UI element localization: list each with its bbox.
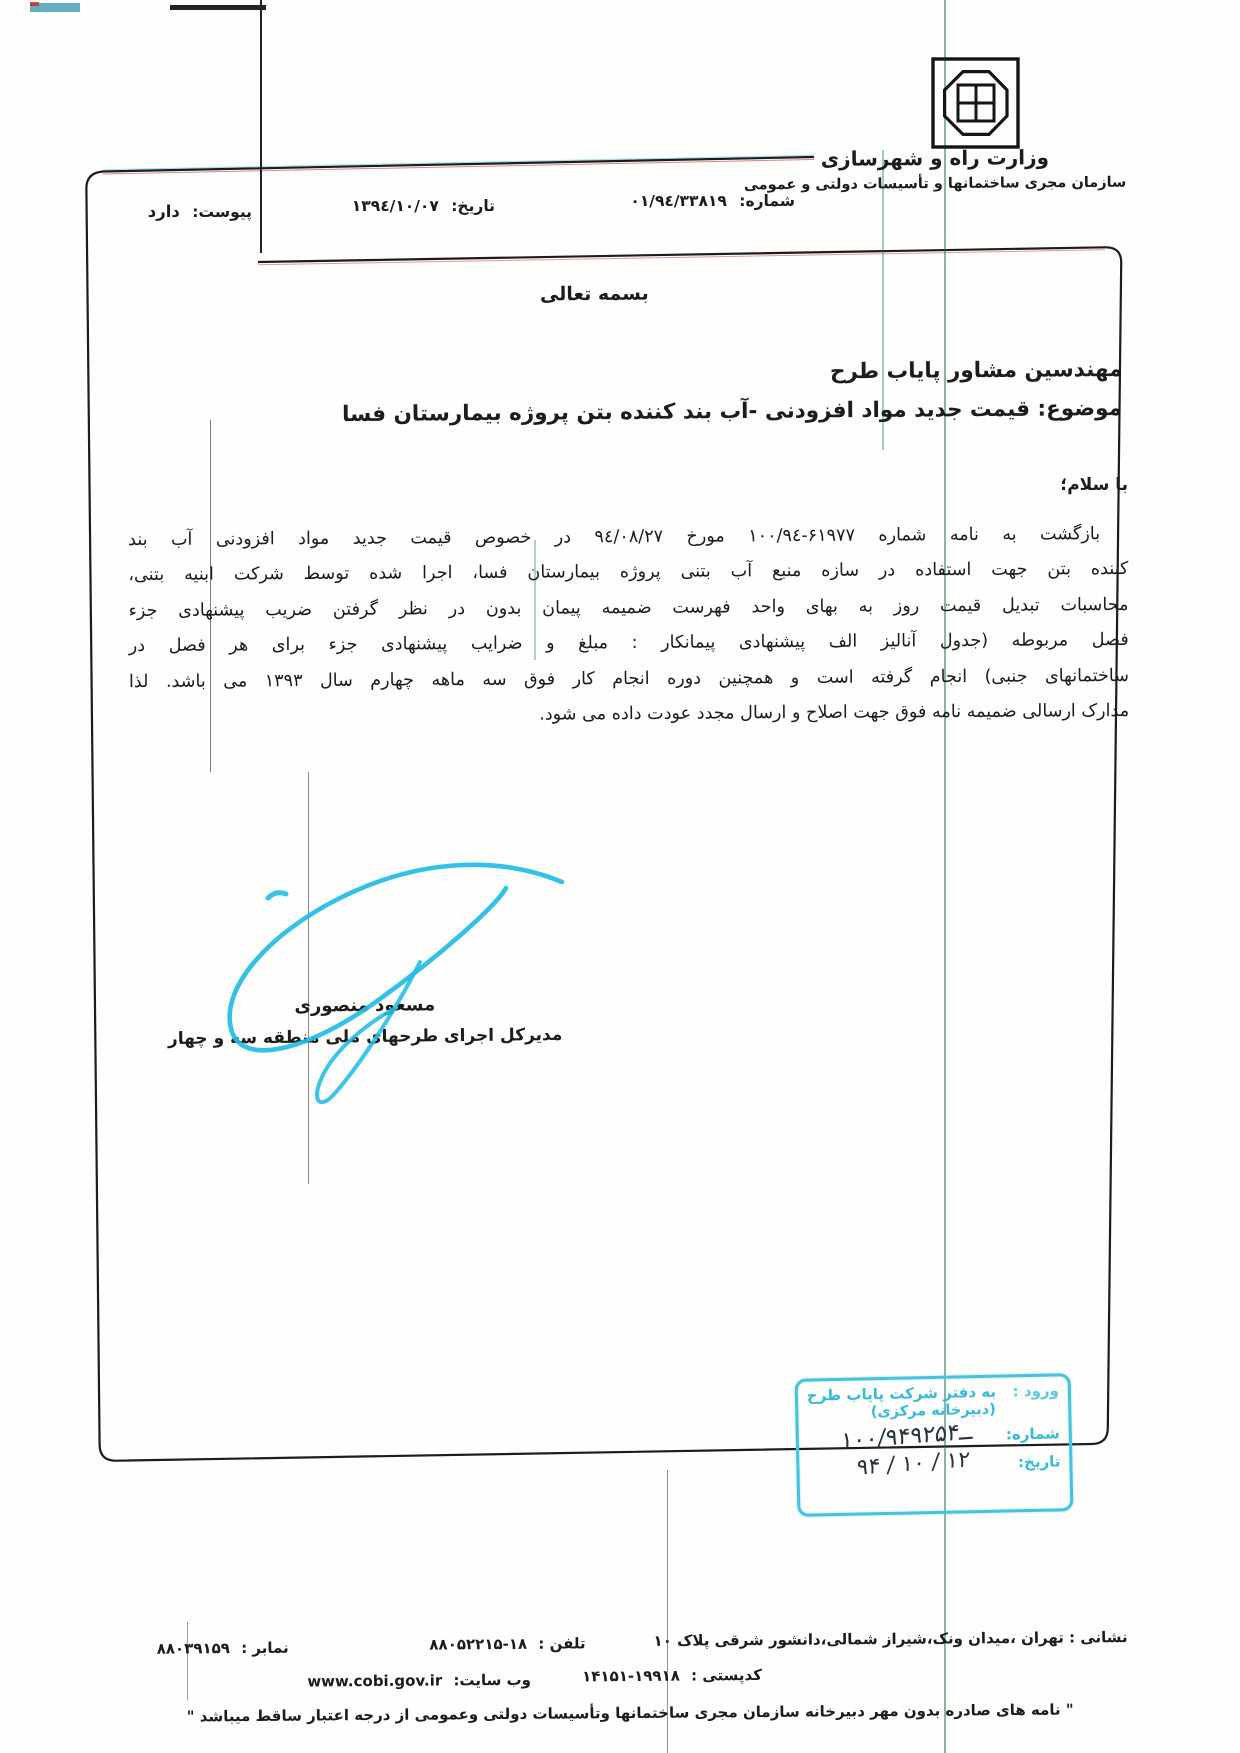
footer-website: وب سایت: www.cobi.gov.ir — [307, 1671, 531, 1691]
ref-number-label: شماره: — [739, 192, 795, 210]
body-line: بازگشت به نامه شماره ⁦۱۰۰/۹٤-۶۱۹۷۷⁩ مورخ… — [128, 517, 1128, 559]
besmele-heading: بسمه تعالی — [540, 283, 649, 306]
footer-website-value: www.cobi.gov.ir — [307, 1671, 442, 1690]
ref-number-value: ⁦۰۱/۹٤/۳۳۸۱۹⁩ — [630, 192, 726, 210]
stamp-entry-label: ورود : — [1013, 1381, 1060, 1400]
footer-phone: تلفن : ⁦۸۸۰۵۲۲۱۵-۱۸⁩ — [429, 1634, 585, 1653]
footer-phone-value: ⁦۸۸۰۵۲۲۱۵-۱۸⁩ — [429, 1635, 527, 1654]
ref-attachment-value: دارد — [148, 202, 180, 221]
organization-name: سازمان مجری ساختمانها و تأسیسات دولتی و … — [740, 175, 1130, 194]
stamp-date-label: تاریخ: — [1018, 1452, 1061, 1471]
scanned-letter-page: وزارت راه و شهرسازی سازمان مجری ساختمانه… — [0, 0, 1240, 1753]
footer: نشانی : تهران ،میدان ونک،شیراز شمالی،دان… — [80, 1620, 1141, 1753]
footer-phone-label: تلفن : — [538, 1634, 585, 1652]
ref-attachment-label: پیوست: — [192, 203, 252, 221]
frame-outline — [86, 157, 1121, 1461]
signature-scribble — [170, 840, 640, 1140]
body-line: محاسبات تبدیل قیمت روز به بهای واحد فهرس… — [128, 588, 1128, 630]
ref-date-value: ⁦۱۳۹٤/۱۰/۰۷⁩ — [352, 197, 439, 215]
ref-date-label: تاریخ: — [451, 197, 495, 215]
stamp-number-row: شماره: ⁦۱۰۰/۹۴ــ۹۲۵۴⁩ — [808, 1420, 1060, 1451]
footer-fax-value: ۸۸۰۳۹۱۵۹ — [157, 1639, 230, 1658]
frame-red-fringe — [103, 160, 814, 175]
letter-body: بازگشت به نامه شماره ⁦۱۰۰/۹٤-۶۱۹۷۷⁩ مورخ… — [128, 517, 1129, 736]
footer-fax-label: نمابر : — [241, 1639, 289, 1657]
footer-postal-label: کدپستی : — [691, 1666, 762, 1685]
footer-disclaimer: " نامه های صادره بدون مهر دبیرخانه سازما… — [160, 1700, 1100, 1725]
ref-attachment-field: پیوست: دارد — [148, 202, 252, 221]
ministry-logo — [930, 56, 1022, 152]
signature-dot — [268, 893, 286, 898]
footer-postal-value: ⁦۱۴۱۵۱-۱۹۹۱۸⁩ — [582, 1667, 680, 1686]
footer-address: نشانی : تهران ،میدان ونک،شیراز شمالی،دان… — [653, 1628, 1127, 1650]
footer-postal-code: کدپستی : ⁦۱۴۱۵۱-۱۹۹۱۸⁩ — [582, 1666, 762, 1685]
ministry-name: وزارت راه و شهرسازی — [740, 145, 1130, 172]
receive-stamp: ورود : به دفتر شرکت پایاب طرح (دبیرخانه … — [795, 1373, 1074, 1517]
recipient-line: مهندسین مشاور پایاب طرح — [829, 357, 1122, 384]
ref-date-field: تاریخ: ⁦۱۳۹٤/۱۰/۰۷⁩ — [352, 197, 495, 215]
stamp-number-label: شماره: — [1006, 1424, 1060, 1443]
letterhead-text: وزارت راه و شهرسازی سازمان مجری ساختمانه… — [740, 145, 1130, 194]
body-line: کننده بتن جهت استفاده در سازه منبع آب بت… — [128, 552, 1128, 594]
body-line: فصل مربوطه (جدول آنالیز الف پیشنهادی پیم… — [129, 623, 1129, 665]
ref-number-field: شماره: ⁦۰۱/۹٤/۳۳۸۱۹⁩ — [630, 192, 795, 210]
footer-website-label: وب سایت: — [453, 1671, 531, 1690]
body-line: ساختمانهای جنبی) انجام گرفته است و همچنی… — [129, 659, 1129, 701]
frame-red-fringe-2 — [258, 250, 1105, 265]
footer-fax: نمابر : ۸۸۰۳۹۱۵۹ — [157, 1639, 289, 1658]
greeting-line: با سلام؛ — [1060, 475, 1128, 495]
body-line: مدارک ارسالی ضمیمه نامه فوق جهت اصلاح و … — [129, 694, 1129, 736]
frame-cyan-fringe — [103, 155, 814, 170]
